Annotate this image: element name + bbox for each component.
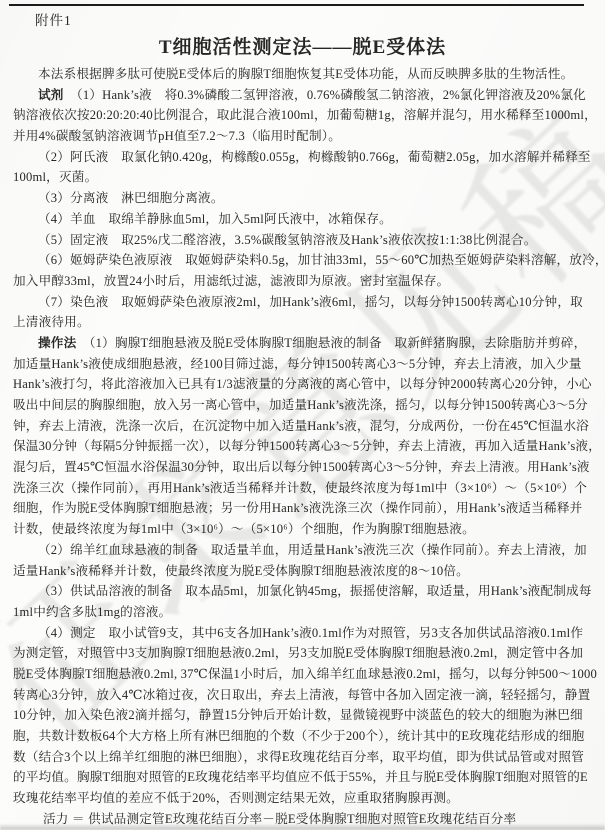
page-title: T细胞活性测定法——脱E受体法 — [0, 32, 605, 59]
doc-line: 上清液待用。 — [13, 312, 595, 333]
attachment-label: 附件1 — [35, 9, 72, 29]
doc-line: 操作法 （1）胸腺T细胞悬液及脱E受体胸腺T细胞悬液的制备 取新鲜猪胸腺，去除脂… — [13, 333, 595, 354]
doc-line: 本法系根据脾多肽可使脱E受体后的胸腺T细胞恢复其E受体功能，从而反映脾多肽的生物… — [13, 64, 595, 85]
doc-line: （2）阿氏液 取氯化钠0.420g，枸橼酸0.055g，枸橼酸钠0.766g，葡… — [13, 147, 595, 168]
section-label: 操作法 — [38, 336, 76, 350]
doc-line: 胞，共数计数板64个大方格上所有淋巴细胞的个数（不少于200个），统计其中的E玫… — [13, 726, 595, 747]
doc-line: 计数，使最终浓度为每1ml中（3×10⁶）～（5×10⁶）个细胞，作为胸腺T细胞… — [13, 519, 595, 540]
doc-line: 100ml，灭菌。 — [13, 167, 595, 188]
doc-line: （4）测定 取小试管9支，其中6支各加Hank’s液0.1ml作为对照管，另3支… — [13, 623, 595, 644]
doc-line: （2）绵羊红血球悬液的制备 取适量羊血，用适量Hank’s液洗三次（操作同前）。… — [13, 540, 595, 561]
doc-line: 混匀后，置45℃恒温水浴保温30分钟，取出后以每分钟1500转离心3～5分钟，弃… — [13, 457, 595, 478]
doc-line: 1ml中约含多肽1mg的溶液。 — [13, 602, 595, 623]
doc-line: 加适量Hank’s液使成细胞悬液，经100目筛过滤，每分钟1500转离心3～5分… — [13, 354, 595, 375]
doc-line: 适量Hank’s液稀释并计数，使最终浓度为脱E受体胸腺T细胞悬液浓度的8～10倍… — [13, 561, 595, 582]
doc-line: 吸出中间层的胸腺细胞，放入另一离心管中，加适量Hank’s液洗涤，摇匀，以每分钟… — [13, 395, 595, 416]
doc-line: 保温30分钟（每隔5分钟振摇一次），以每分钟1500转离心3～5分钟，弃去上清液… — [13, 436, 595, 457]
doc-line: 为测定管，对照管中3支加胸腺T细胞悬液0.2ml，另3支加脱E受体胸腺T细胞悬液… — [13, 643, 595, 664]
doc-line: 转离心3分钟，放入4℃冰箱过夜，次日取出，弃去上清液，每管中各加入固定液一滴，轻… — [13, 685, 595, 706]
section-label: 试剂 — [38, 88, 64, 102]
doc-line: （5）固定液 取25%戊二醛溶液，3.5%碳酸氢钠溶液及Hank’s液依次按1:… — [13, 230, 595, 251]
doc-line: 玫瑰花结率平均值的差应不低于20%，否则测定结果无效，应重取猪胸腺再测。 — [13, 788, 595, 809]
activity-formula-line: 活力 ＝ 供试品测定管E玫瑰花结百分率－脱E受体胸腺T细胞对照管E玫瑰花结百分率 — [13, 809, 595, 830]
doc-line: （6）姬姆萨染色液原液 取姬姆萨染料0.5g，加甘油33ml，55～60℃加热至… — [13, 250, 595, 271]
doc-line: （3）供试品溶液的制备 取本品5ml，加氯化钠45mg，振摇使溶解，取适量，用H… — [13, 581, 595, 602]
doc-line: （7）染色液 取姬姆萨染色液原液2ml，加Hank’s液6ml，摇匀，以每分钟1… — [13, 292, 595, 313]
doc-line: （4）羊血 取绵羊静脉血5ml，加入5ml阿氏液中，冰箱保存。 — [13, 209, 595, 230]
document-body: 本法系根据脾多肽可使脱E受体后的胸腺T细胞恢复其E受体功能，从而反映脾多肽的生物… — [13, 64, 595, 829]
doc-line: Hank’s液打匀，将此溶液加入已具有1/3滤液量的分离液的离心管中，以每分钟2… — [13, 374, 595, 395]
doc-line: 脱E受体胸腺T细胞悬液0.2ml, 37℃保温1小时后，加入绵羊红血球悬液0.2… — [13, 664, 595, 685]
doc-line: 细胞，作为脱E受体胸腺T细胞悬液；另一份用Hank’s液洗涤三次（操作同前），用… — [13, 498, 595, 519]
doc-line: 加入甲醇33ml，放置24小时后，用滤纸过滤，滤液即为原液。密封室温保存。 — [13, 271, 595, 292]
doc-line: 钟，弃去上清液，洗涤一次后，在沉淀物中加入适量Hank’s液，混匀，分成两份，一… — [13, 416, 595, 437]
doc-line: 并用4%碳酸氢钠溶液调节pH值至7.2～7.3（临用时配制）。 — [13, 126, 595, 147]
doc-line: 数（结合3个以上绵羊红细胞的淋巴细胞），求得E玫瑰花结百分率，取平均值，即为供试… — [13, 747, 595, 768]
doc-line: 10分钟，加入染色液2滴并摇匀，静置15分钟后开始计数，显微镜视野中淡蓝色的较大… — [13, 705, 595, 726]
doc-line: 洗涤三次（操作同前），再用Hank’s液适当稀释并计数，使最终浓度为每1ml中（… — [13, 478, 595, 499]
doc-line: （3）分离液 淋巴细胞分离液。 — [13, 188, 595, 209]
doc-line: 的平均值。胸腺T细胞对照管的E玫瑰花结率平均值应不低于55%，并且与脱E受体胸腺… — [13, 767, 595, 788]
top-rule-line — [9, 4, 584, 6]
doc-line: 钠溶液依次按20:20:20:40比例混合，取此混合液100ml，加葡萄糖1g，… — [13, 105, 595, 126]
doc-line: 试剂 （1）Hank’s液 将0.3%磷酸二氢钾溶液，0.76%磷酸氢二钠溶液，… — [13, 85, 595, 106]
scanned-document-page: 征求意见稿 附件1 T细胞活性测定法——脱E受体法 本法系根据脾多肽可使脱E受体… — [0, 0, 605, 830]
